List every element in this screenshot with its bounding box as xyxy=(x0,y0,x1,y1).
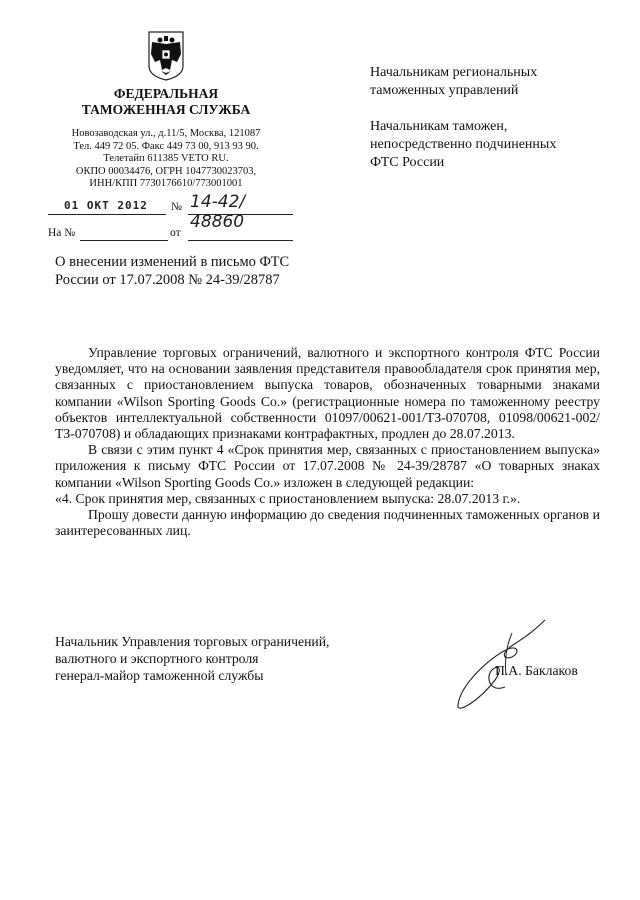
registration-number: 14-42/ 48860 xyxy=(190,192,298,232)
signer-title: Начальник Управления торговых ограничени… xyxy=(55,633,329,684)
letter-subject: О внесении изменений в письмо ФТС России… xyxy=(55,253,335,289)
signer-name: П.А. Баклаков xyxy=(495,663,578,679)
recipient: Начальникам региональных таможенных упра… xyxy=(370,64,570,100)
signer-title-line: валютного и экспортного контроля xyxy=(55,650,329,667)
reply-to-label: На № xyxy=(48,227,75,239)
reply-to-field xyxy=(80,240,168,241)
body-paragraph: Управление торговых ограничений, валютно… xyxy=(55,345,600,442)
address-line: Тел. 449 72 05. Факс 449 73 00, 913 93 9… xyxy=(50,141,282,154)
body-paragraph: В связи с этим пункт 4 «Срок принятия ме… xyxy=(55,442,600,491)
body-paragraph-quote: «4. Срок принятия мер, связанных с приос… xyxy=(55,491,600,507)
signer-title-line: генерал-майор таможенной службы xyxy=(55,667,329,684)
date-underline xyxy=(48,214,166,215)
reply-from-field xyxy=(188,240,293,241)
reply-from-label: от xyxy=(170,227,181,239)
address-line: ИНН/КПП 7730176610/773001001 xyxy=(50,178,282,191)
date-stamp: 01 ОКТ 2012 xyxy=(64,199,148,212)
recipients: Начальникам региональных таможенных упра… xyxy=(370,64,575,190)
organization-name: ФЕДЕРАЛЬНАЯ ТАМОЖЕННАЯ СЛУЖБА xyxy=(60,86,272,118)
body-paragraph: Прошу довести данную информацию до сведе… xyxy=(55,507,600,539)
signer-title-line: Начальник Управления торговых ограничени… xyxy=(55,633,329,650)
recipient: Начальникам таможен, непосредственно под… xyxy=(370,118,575,172)
org-line-2: ТАМОЖЕННАЯ СЛУЖБА xyxy=(60,102,272,118)
org-line-1: ФЕДЕРАЛЬНАЯ xyxy=(60,86,272,102)
number-label: № xyxy=(171,201,182,213)
organization-address: Новозаводская ул., д.11/5, Москва, 12108… xyxy=(50,128,282,191)
registration-block: 01 ОКТ 2012 № 14-42/ 48860 На № от xyxy=(48,196,298,246)
address-line: Новозаводская ул., д.11/5, Москва, 12108… xyxy=(50,128,282,141)
address-line: ОКПО 00034476, ОГРН 1047730023703, xyxy=(50,166,282,179)
letter-body: Управление торговых ограничений, валютно… xyxy=(55,345,600,539)
coat-of-arms-icon xyxy=(146,30,186,82)
address-line: Телетайп 611385 VETO RU. xyxy=(50,153,282,166)
